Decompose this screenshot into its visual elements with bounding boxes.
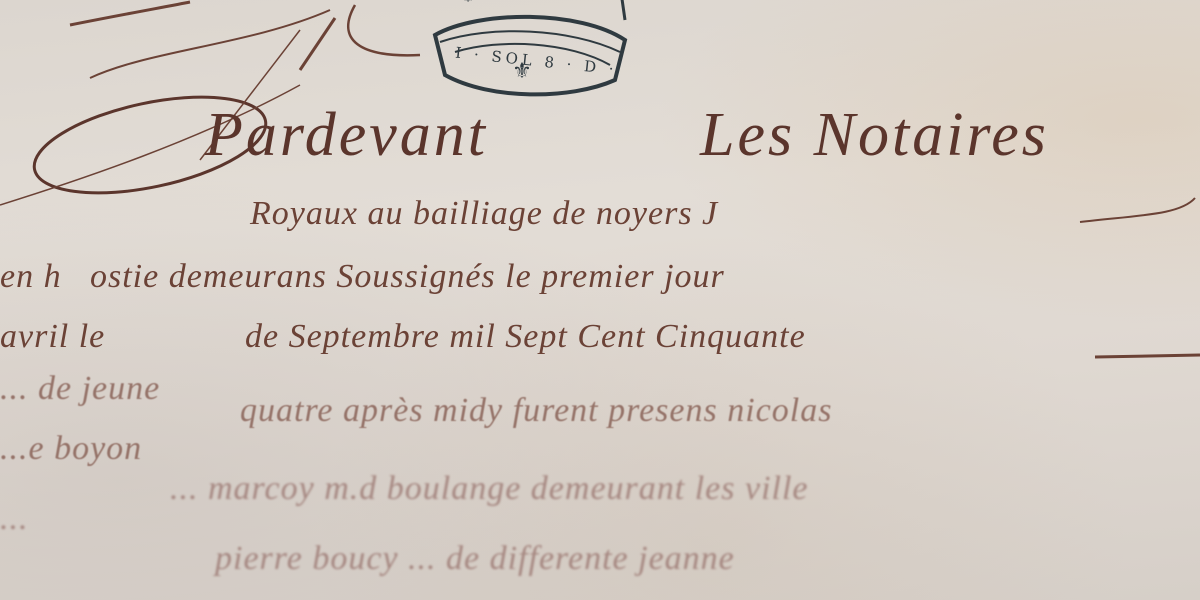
document-photo: ⚜ ⚜ ⚜ I · SOL 8 · D · Pardevant Les Nota… xyxy=(0,0,1200,600)
line-8-prefix: ... xyxy=(0,500,29,538)
line-2: ostie demeurans Soussignés le premier jo… xyxy=(90,258,725,296)
line-2-prefix: en h xyxy=(0,258,62,296)
heading-les-notaires: Les Notaires xyxy=(700,100,1049,171)
heading-pardevant: Pardevant xyxy=(205,100,488,171)
line-5: quatre après midy furent presens nicolas xyxy=(240,392,832,430)
line-4-prefix: ... de jeune xyxy=(0,370,160,408)
line-9: pierre boucy ... de differente jeanne xyxy=(215,540,735,578)
svg-text:⚜: ⚜ xyxy=(510,0,526,3)
svg-text:⚜: ⚜ xyxy=(460,0,476,7)
line-6-prefix: ...e boyon xyxy=(0,430,142,468)
line-7: ... marcoy m.d boulange demeurant les vi… xyxy=(170,470,809,508)
line-3: de Septembre mil Sept Cent Cinquante xyxy=(245,318,806,356)
line-1: Royaux au bailliage de noyers J xyxy=(250,195,718,233)
line-3-prefix: avril le xyxy=(0,318,105,356)
